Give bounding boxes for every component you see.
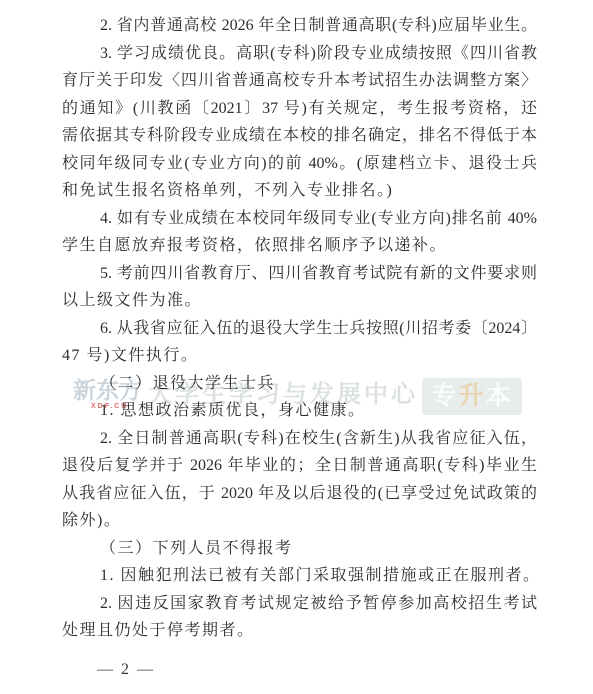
document-text: 2. 省内普通高校 2026 年全日制普通高职(专科)应届毕业生。3. 学习成绩… xyxy=(62,12,537,645)
document-line: 以上级文件为准。 xyxy=(62,287,537,315)
document-page: 新东方 XDF.CN 大学生学习与发展中心 专 升 本 2. 省内普通高校 20… xyxy=(0,0,593,694)
document-line: 1. 因触犯刑法已被有关部门采取强制措施或正在服刑者。 xyxy=(62,562,537,590)
document-line: 2. 因违反国家教育考试规定被给予暂停参加高校招生考试 xyxy=(62,590,537,618)
document-line: 校同年级同专业(专业方向)的前 40%。(原建档立卡、退役士兵 xyxy=(62,150,537,178)
document-line: 需依据其专科阶段专业成绩在本校的排名确定，排名不得低于本 xyxy=(62,122,537,150)
document-line: 的通知》(川教函〔2021〕37 号)有关规定，考生报考资格，还 xyxy=(62,95,537,123)
document-line: 47 号)文件执行。 xyxy=(62,342,537,370)
document-line: 4. 如有专业成绩在本校同年级同专业(专业方向)排名前 40% xyxy=(62,205,537,233)
document-line: 2. 全日制普通高职(专科)在校生(含新生)从我省应征入伍， xyxy=(62,425,537,453)
document-line: 退役后复学并于 2026 年毕业的；全日制普通高职(专科)毕业生 xyxy=(62,452,537,480)
document-line: 育厅关于印发〈四川省普通高校专升本考试招生办法调整方案〉 xyxy=(62,67,537,95)
document-line: 除外)。 xyxy=(62,507,537,535)
page-number: — 2 — xyxy=(97,661,155,679)
document-line: 3. 学习成绩优良。高职(专科)阶段专业成绩按照《四川省教 xyxy=(62,40,537,68)
document-line: （二）退役大学生士兵 xyxy=(62,370,537,398)
document-line: 从我省应征入伍，于 2020 年及以后退役的(已享受过免试政策的 xyxy=(62,480,537,508)
document-line: 5. 考前四川省教育厅、四川省教育考试院有新的文件要求则 xyxy=(62,260,537,288)
document-line: （三）下列人员不得报考 xyxy=(62,535,537,563)
document-line: 1. 思想政治素质优良，身心健康。 xyxy=(62,397,537,425)
document-line: 学生自愿放弃报考资格，依照排名顺序予以递补。 xyxy=(62,232,537,260)
document-line: 2. 省内普通高校 2026 年全日制普通高职(专科)应届毕业生。 xyxy=(62,12,537,40)
document-line: 6. 从我省应征入伍的退役大学生士兵按照(川招考委〔2024〕 xyxy=(62,315,537,343)
document-line: 处理且仍处于停考期者。 xyxy=(62,617,537,645)
document-line: 和免试生报名资格单列，不列入专业排名。) xyxy=(62,177,537,205)
